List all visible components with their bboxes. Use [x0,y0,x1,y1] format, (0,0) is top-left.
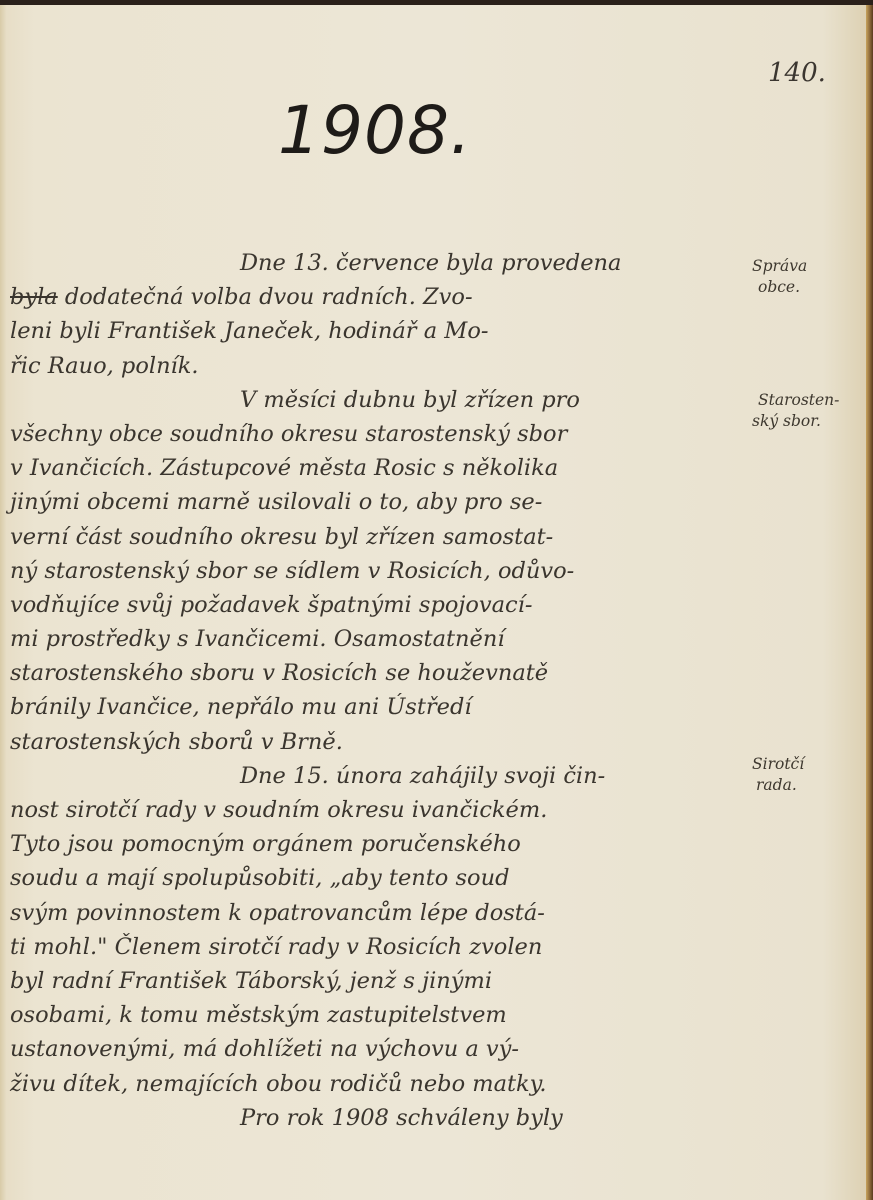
margin-note-line: Správa [752,256,807,277]
book-edge-right [866,5,873,1200]
text-line: bránily Ivančice, nepřálo mu ani Ústředí [10,690,745,724]
text-fragment: dodatečná volba dvou radních. Zvo- [58,284,473,310]
text-line: mi prostředky s Ivančicemi. Osamostatněn… [10,622,745,656]
text-line: všechny obce soudního okresu starostensk… [10,417,745,451]
text-line: vodňujíce svůj požadavek špatnými spojov… [10,588,745,622]
text-line: starostenských sborů v Brně. [10,725,745,759]
text-line: osobami, k tomu městským zastupitelstvem [10,998,745,1032]
text-line: ný starostenský sbor se sídlem v Rosicíc… [10,554,745,588]
text-line: leni byli František Janeček, hodinář a M… [10,314,745,348]
margin-note-line: rada. [752,775,804,796]
text-line: živu dítek, nemajících obou rodičů nebo … [10,1067,745,1101]
struck-word: byla [10,284,58,310]
text-line: Dne 13. července byla provedena [10,246,745,280]
margin-note-line: ský sbor. [752,411,839,432]
margin-note-line: obce. [752,277,807,298]
text-line: Tyto jsou pomocným orgánem poručenského [10,827,745,861]
text-line: Pro rok 1908 schváleny byly [10,1101,745,1135]
text-line: Dne 15. února zahájily svoji čin- [10,759,745,793]
year-heading: 1908. [278,92,472,169]
text-line: verní část soudního okresu byl zřízen sa… [10,520,745,554]
margin-note-starostensky-sbor: Starosten- ský sbor. [752,390,839,432]
margin-note-line: Sirotčí [752,754,804,775]
margin-note-sprava-obce: Správa obce. [752,256,807,298]
text-line: starostenského sboru v Rosicích se houže… [10,656,745,690]
page-binding-left [0,5,6,1200]
text-line: byl radní František Táborský, jenž s jin… [10,964,745,998]
text-line: ti mohl." Členem sirotčí rady v Rosicích… [10,930,745,964]
chronicle-body: Dne 13. července byla provedena byla dod… [10,246,745,1135]
text-line: v Ivančicích. Zástupcové města Rosic s n… [10,451,745,485]
text-line: svým povinnostem k opatrovancům lépe dos… [10,896,745,930]
text-line: soudu a mají spolupůsobiti, „aby tento s… [10,861,745,895]
margin-note-line: Starosten- [752,390,839,411]
text-line: byla dodatečná volba dvou radních. Zvo- [10,280,745,314]
text-line: V měsíci dubnu byl zřízen pro [10,383,745,417]
text-line: jinými obcemi marně usilovali o to, aby … [10,485,745,519]
page-number: 140. [768,58,826,88]
text-line: ustanovenými, má dohlížeti na výchovu a … [10,1032,745,1066]
text-line: nost sirotčí rady v soudním okresu ivanč… [10,793,745,827]
text-line: řic Rauo, polník. [10,349,745,383]
margin-note-sirotci-rada: Sirotčí rada. [752,754,804,796]
